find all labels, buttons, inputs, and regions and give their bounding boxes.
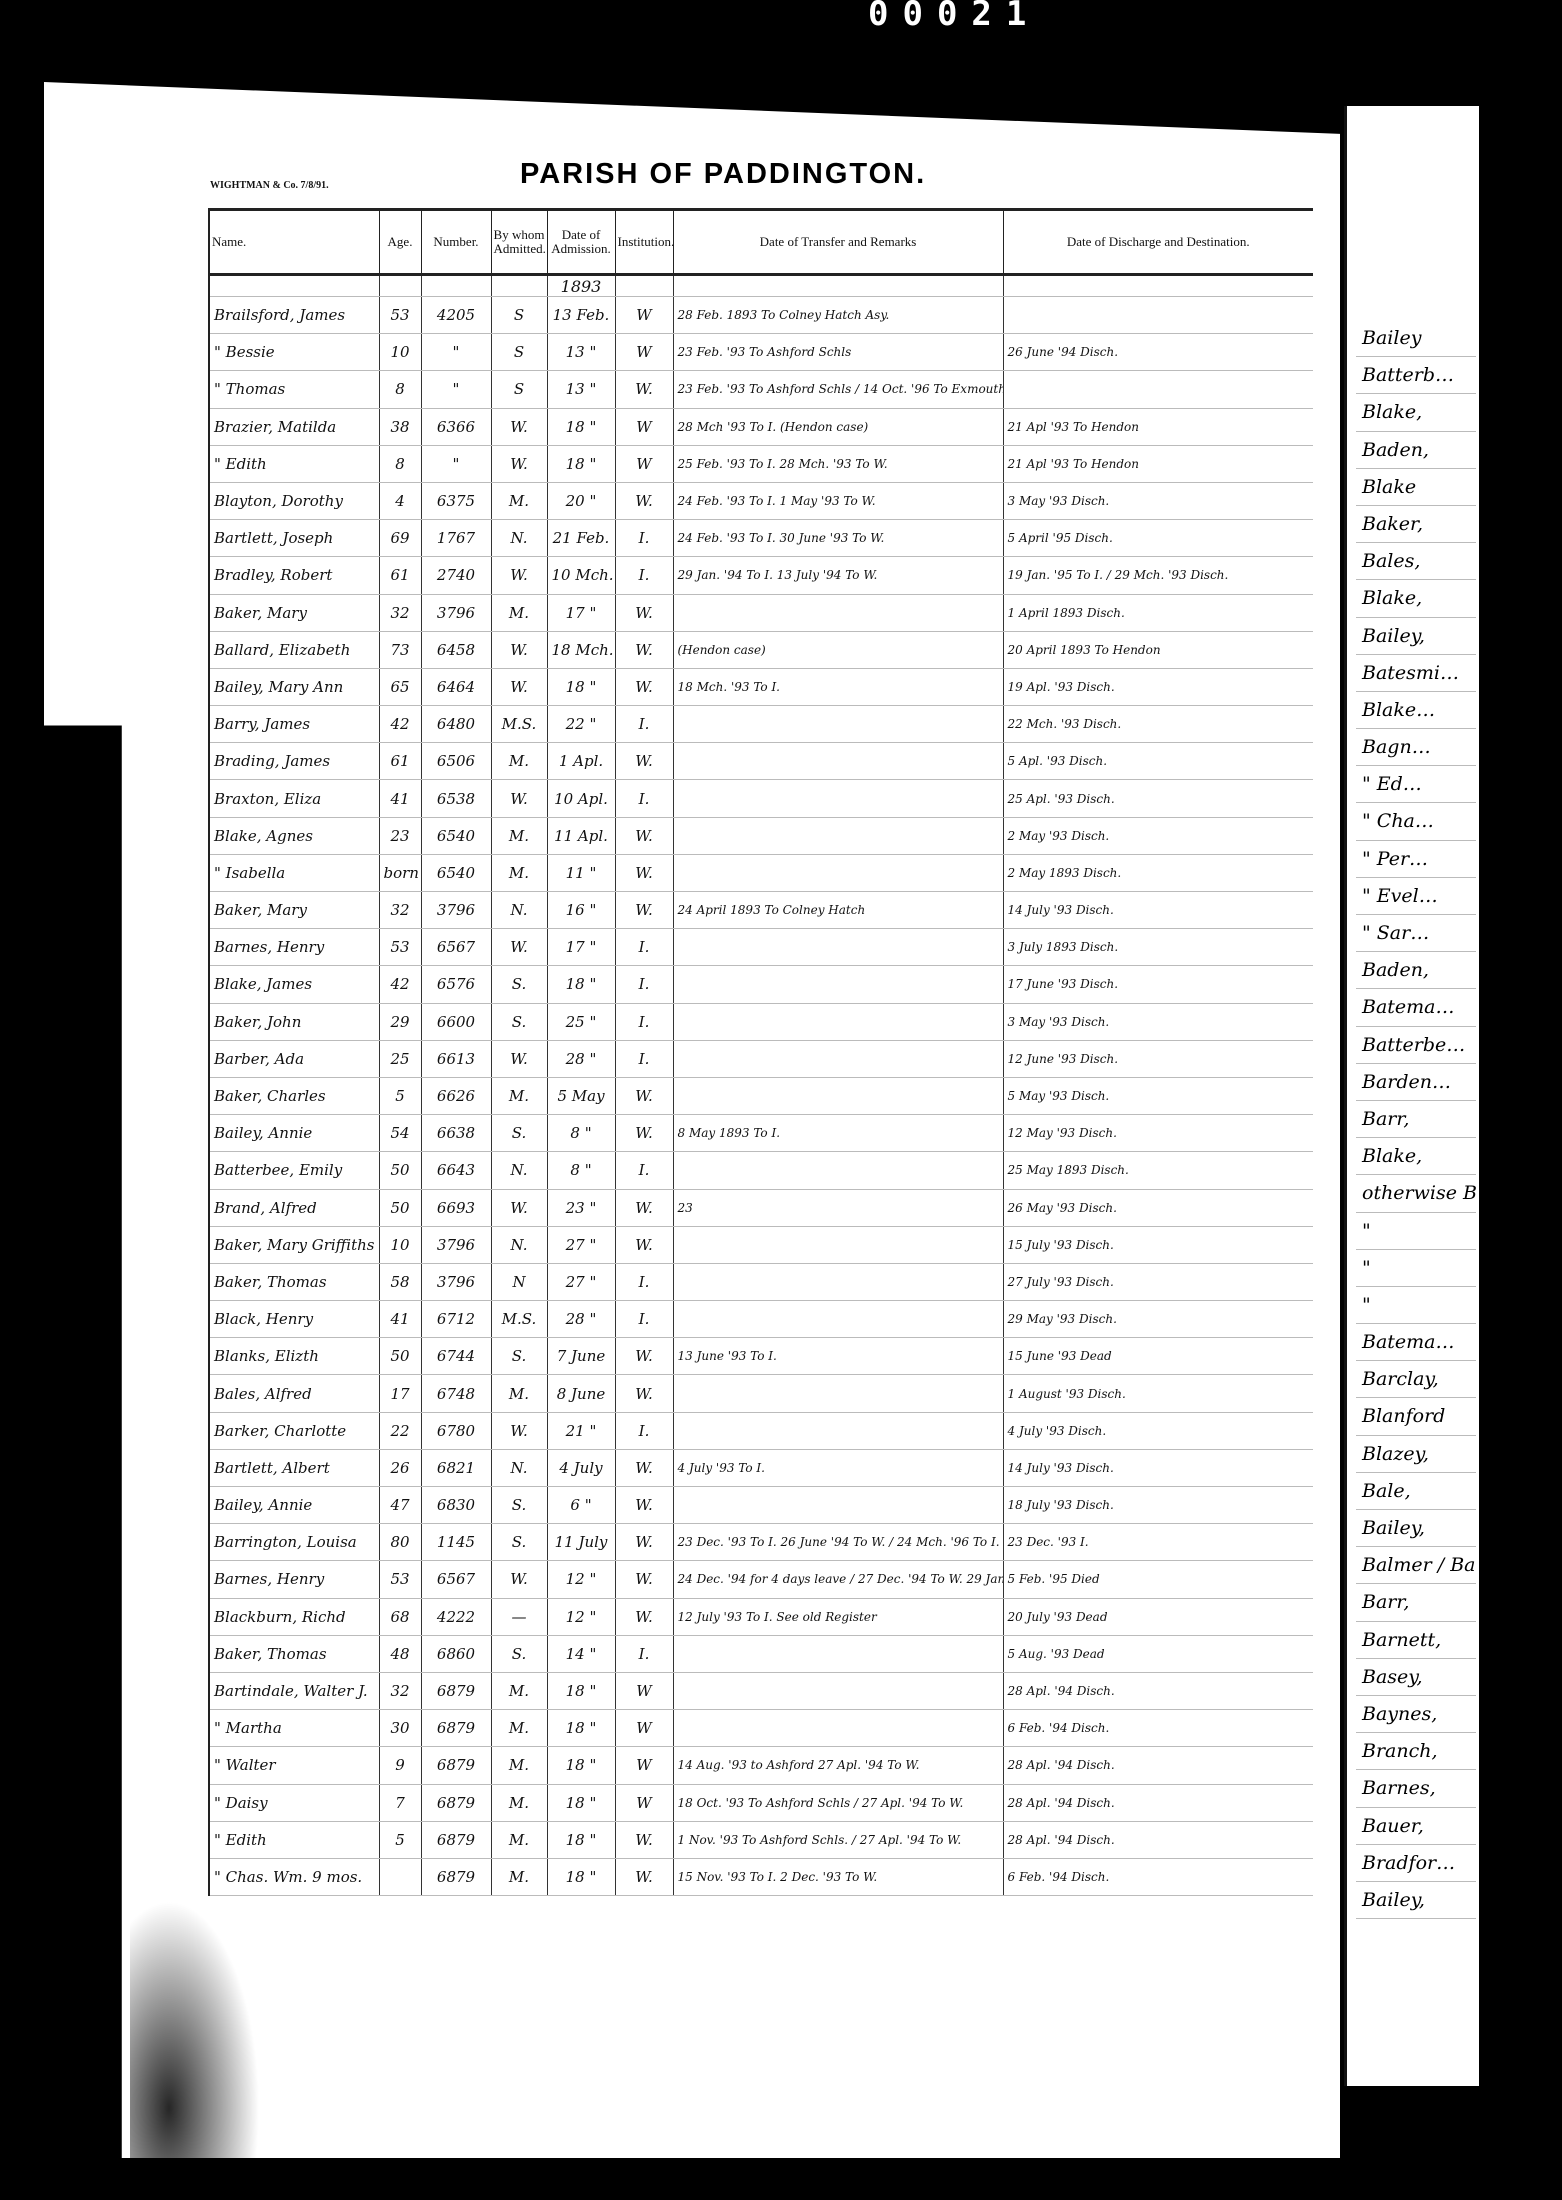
transfer-remarks-cell: [673, 1263, 1003, 1300]
institution-cell: W.: [615, 1487, 673, 1524]
transfer-remarks-cell: 23: [673, 1189, 1003, 1226]
adjacent-page-name: ": [1356, 1250, 1476, 1287]
number-cell: 6540: [421, 854, 491, 891]
table-row: " Martha306879M.18 "W6 Feb. '94 Disch.: [209, 1710, 1313, 1747]
year-label: 1893: [547, 275, 615, 297]
discharge-cell: 17 June '93 Disch.: [1003, 966, 1313, 1003]
name-cell: " Chas. Wm. 9 mos.: [209, 1858, 379, 1895]
name-cell: Barrington, Louisa: [209, 1524, 379, 1561]
name-cell: Baker, Charles: [209, 1077, 379, 1114]
institution-cell: I.: [615, 706, 673, 743]
institution-cell: I.: [615, 929, 673, 966]
transfer-remarks-cell: [673, 1301, 1003, 1338]
admitted-by-cell: S: [491, 297, 547, 334]
discharge-cell: 5 May '93 Disch.: [1003, 1077, 1313, 1114]
discharge-cell: 5 Feb. '95 Died: [1003, 1561, 1313, 1598]
discharge-cell: 2 May 1893 Disch.: [1003, 854, 1313, 891]
admission-date-cell: 5 May: [547, 1077, 615, 1114]
institution-cell: W.: [615, 817, 673, 854]
name-cell: Brazier, Matilda: [209, 408, 379, 445]
transfer-remarks-cell: 1 Nov. '93 To Ashford Schls. / 27 Apl. '…: [673, 1821, 1003, 1858]
transfer-remarks-cell: [673, 1003, 1003, 1040]
adjacent-page-name: Blake: [1356, 469, 1476, 506]
adjacent-page-name: Bauer,: [1356, 1808, 1476, 1845]
discharge-cell: 21 Apl '93 To Hendon: [1003, 445, 1313, 482]
number-cell: 6626: [421, 1077, 491, 1114]
table-row: Bailey, Annie476830S.6 "W.18 July '93 Di…: [209, 1487, 1313, 1524]
admission-date-cell: 27 ": [547, 1226, 615, 1263]
number-cell: 6366: [421, 408, 491, 445]
adjacent-page-name: Barclay,: [1356, 1361, 1476, 1398]
admitted-by-cell: W.: [491, 929, 547, 966]
transfer-remarks-cell: [673, 1375, 1003, 1412]
admitted-by-cell: W.: [491, 557, 547, 594]
admitted-by-cell: M.: [491, 594, 547, 631]
number-cell: 6879: [421, 1672, 491, 1709]
institution-cell: W: [615, 408, 673, 445]
microfilm-frame-number: 00021: [868, 0, 1040, 34]
discharge-cell: 12 May '93 Disch.: [1003, 1115, 1313, 1152]
admission-date-cell: 22 ": [547, 706, 615, 743]
admitted-by-cell: M.: [491, 1784, 547, 1821]
discharge-cell: 22 Mch. '93 Disch.: [1003, 706, 1313, 743]
admitted-by-cell: S.: [491, 1487, 547, 1524]
institution-cell: W.: [615, 743, 673, 780]
adjacent-page-name: Blazey,: [1356, 1436, 1476, 1473]
discharge-cell: 5 April '95 Disch.: [1003, 520, 1313, 557]
admission-register-table: Name. Age. Number. By whom Admitted. Dat…: [208, 208, 1313, 1896]
number-cell: 4222: [421, 1598, 491, 1635]
transfer-remarks-cell: 24 Feb. '93 To I. 30 June '93 To W.: [673, 520, 1003, 557]
age-cell: 5: [379, 1821, 421, 1858]
admitted-by-cell: M.S.: [491, 1301, 547, 1338]
table-row: Brailsford, James534205S13 Feb.W28 Feb. …: [209, 297, 1313, 334]
admission-date-cell: 13 Feb.: [547, 297, 615, 334]
name-cell: " Walter: [209, 1747, 379, 1784]
transfer-remarks-cell: [673, 1077, 1003, 1114]
transfer-remarks-cell: [673, 1412, 1003, 1449]
number-cell: 6744: [421, 1338, 491, 1375]
name-cell: Baker, John: [209, 1003, 379, 1040]
table-row: " Thomas8"S13 "W.23 Feb. '93 To Ashford …: [209, 371, 1313, 408]
name-cell: Brading, James: [209, 743, 379, 780]
table-row: Baker, Charles56626M.5 MayW.5 May '93 Di…: [209, 1077, 1313, 1114]
admission-date-cell: 13 ": [547, 371, 615, 408]
table-row: Blayton, Dorothy46375M.20 "W.24 Feb. '93…: [209, 482, 1313, 519]
table-row: Bartlett, Albert266821N.4 JulyW.4 July '…: [209, 1449, 1313, 1486]
adjacent-page-name: Baden,: [1356, 432, 1476, 469]
discharge-cell: 12 June '93 Disch.: [1003, 1040, 1313, 1077]
table-row: Barry, James426480M.S.22 "I.22 Mch. '93 …: [209, 706, 1313, 743]
adjacent-page-name: Blanford: [1356, 1398, 1476, 1435]
age-cell: 26: [379, 1449, 421, 1486]
admitted-by-cell: M.: [491, 817, 547, 854]
year-row: 1893: [209, 275, 1313, 297]
age-cell: 42: [379, 966, 421, 1003]
age-cell: 30: [379, 1710, 421, 1747]
name-cell: Braxton, Eliza: [209, 780, 379, 817]
age-cell: 69: [379, 520, 421, 557]
number-cell: 3796: [421, 1226, 491, 1263]
name-cell: Blanks, Elizth: [209, 1338, 379, 1375]
institution-cell: I.: [615, 1152, 673, 1189]
table-row: Blake, James426576S.18 "I.17 June '93 Di…: [209, 966, 1313, 1003]
admitted-by-cell: N.: [491, 892, 547, 929]
adjacent-page-name: Bailey,: [1356, 618, 1476, 655]
admission-date-cell: 18 ": [547, 1821, 615, 1858]
discharge-cell: 6 Feb. '94 Disch.: [1003, 1710, 1313, 1747]
number-cell: 6643: [421, 1152, 491, 1189]
adjacent-page-name: Barr,: [1356, 1101, 1476, 1138]
printer-mark: WIGHTMAN & Co. 7/8/91.: [210, 180, 329, 191]
age-cell: 4: [379, 482, 421, 519]
number-cell: 6567: [421, 929, 491, 966]
admitted-by-cell: N.: [491, 520, 547, 557]
admission-date-cell: 17 ": [547, 929, 615, 966]
admitted-by-cell: W.: [491, 1189, 547, 1226]
transfer-remarks-cell: [673, 780, 1003, 817]
adjacent-page-name: Batema…: [1356, 989, 1476, 1026]
discharge-cell: 14 July '93 Disch.: [1003, 1449, 1313, 1486]
name-cell: " Isabella: [209, 854, 379, 891]
admitted-by-cell: W.: [491, 1561, 547, 1598]
admission-date-cell: 4 July: [547, 1449, 615, 1486]
institution-cell: W.: [615, 1375, 673, 1412]
admission-date-cell: 18 ": [547, 408, 615, 445]
discharge-cell: 6 Feb. '94 Disch.: [1003, 1858, 1313, 1895]
institution-cell: W.: [615, 668, 673, 705]
number-cell: 1145: [421, 1524, 491, 1561]
institution-cell: W: [615, 1710, 673, 1747]
name-cell: Bartlett, Joseph: [209, 520, 379, 557]
admitted-by-cell: M.: [491, 1858, 547, 1895]
institution-cell: I.: [615, 1412, 673, 1449]
admitted-by-cell: N.: [491, 1449, 547, 1486]
number-cell: 6879: [421, 1821, 491, 1858]
name-cell: Bailey, Annie: [209, 1115, 379, 1152]
adjacent-page-name: Bailey,: [1356, 1510, 1476, 1547]
name-cell: Baker, Thomas: [209, 1263, 379, 1300]
name-cell: Blayton, Dorothy: [209, 482, 379, 519]
transfer-remarks-cell: [673, 1226, 1003, 1263]
age-cell: 80: [379, 1524, 421, 1561]
admitted-by-cell: M.: [491, 1710, 547, 1747]
transfer-remarks-cell: [673, 817, 1003, 854]
admission-date-cell: 13 ": [547, 334, 615, 371]
transfer-remarks-cell: 18 Oct. '93 To Ashford Schls / 27 Apl. '…: [673, 1784, 1003, 1821]
name-cell: Bradley, Robert: [209, 557, 379, 594]
adjacent-page-name: otherwise Blanfo…: [1356, 1175, 1476, 1212]
admitted-by-cell: W.: [491, 1412, 547, 1449]
transfer-remarks-cell: 29 Jan. '94 To I. 13 July '94 To W.: [673, 557, 1003, 594]
age-cell: 47: [379, 1487, 421, 1524]
table-row: Brazier, Matilda386366W.18 "W28 Mch '93 …: [209, 408, 1313, 445]
admission-date-cell: 18 ": [547, 966, 615, 1003]
adjacent-page-name: Blake…: [1356, 692, 1476, 729]
table-row: Baker, Mary323796M.17 "W.1 April 1893 Di…: [209, 594, 1313, 631]
transfer-remarks-cell: (Hendon case): [673, 631, 1003, 668]
admitted-by-cell: W.: [491, 780, 547, 817]
discharge-cell: 2 May '93 Disch.: [1003, 817, 1313, 854]
number-cell: 6458: [421, 631, 491, 668]
admitted-by-cell: M.S.: [491, 706, 547, 743]
age-cell: 10: [379, 1226, 421, 1263]
table-row: Barker, Charlotte226780W.21 "I.4 July '9…: [209, 1412, 1313, 1449]
age-cell: 61: [379, 743, 421, 780]
admission-date-cell: 18 ": [547, 668, 615, 705]
admitted-by-cell: W.: [491, 445, 547, 482]
name-cell: Barber, Ada: [209, 1040, 379, 1077]
adjacent-page-name: " Ed…: [1356, 766, 1476, 803]
col-age: Age.: [379, 210, 421, 275]
discharge-cell: 28 Apl. '94 Disch.: [1003, 1672, 1313, 1709]
transfer-remarks-cell: [673, 1152, 1003, 1189]
institution-cell: I.: [615, 1040, 673, 1077]
institution-cell: W.: [615, 1449, 673, 1486]
age-cell: 50: [379, 1338, 421, 1375]
number-cell: 6576: [421, 966, 491, 1003]
adjacent-page-name: Bailey: [1356, 320, 1476, 357]
institution-cell: I.: [615, 520, 673, 557]
col-name: Name.: [209, 210, 379, 275]
adjacent-page-name: " Sar…: [1356, 915, 1476, 952]
name-cell: Barnes, Henry: [209, 929, 379, 966]
admitted-by-cell: M.: [491, 1375, 547, 1412]
age-cell: 32: [379, 1672, 421, 1709]
adjacent-page-name: Barr,: [1356, 1584, 1476, 1621]
table-row: Brading, James616506M.1 Apl.W.5 Apl. '93…: [209, 743, 1313, 780]
number-cell: 6480: [421, 706, 491, 743]
admission-date-cell: 18 ": [547, 1858, 615, 1895]
admission-date-cell: 28 ": [547, 1040, 615, 1077]
number-cell: 6538: [421, 780, 491, 817]
transfer-remarks-cell: 8 May 1893 To I.: [673, 1115, 1003, 1152]
age-cell: 50: [379, 1152, 421, 1189]
transfer-remarks-cell: 12 July '93 To I. See old Register: [673, 1598, 1003, 1635]
institution-cell: W: [615, 297, 673, 334]
admission-date-cell: 10 Apl.: [547, 780, 615, 817]
number-cell: 6748: [421, 1375, 491, 1412]
adjacent-page-name: Barnett,: [1356, 1622, 1476, 1659]
discharge-cell: 19 Jan. '95 To I. / 29 Mch. '93 Disch.: [1003, 557, 1313, 594]
admitted-by-cell: W.: [491, 408, 547, 445]
discharge-cell: 23 Dec. '93 I.: [1003, 1524, 1313, 1561]
discharge-cell: 26 May '93 Disch.: [1003, 1189, 1313, 1226]
admission-date-cell: 16 ": [547, 892, 615, 929]
transfer-remarks-cell: 18 Mch. '93 To I.: [673, 668, 1003, 705]
admitted-by-cell: S.: [491, 966, 547, 1003]
admission-date-cell: 1 Apl.: [547, 743, 615, 780]
institution-cell: I.: [615, 1263, 673, 1300]
adjacent-page-name: Batterbe…: [1356, 1027, 1476, 1064]
number-cell: 6600: [421, 1003, 491, 1040]
admitted-by-cell: M.: [491, 854, 547, 891]
name-cell: Blake, Agnes: [209, 817, 379, 854]
age-cell: 68: [379, 1598, 421, 1635]
table-row: Brand, Alfred506693W.23 "W.2326 May '93 …: [209, 1189, 1313, 1226]
age-cell: 41: [379, 1301, 421, 1338]
transfer-remarks-cell: [673, 706, 1003, 743]
number-cell: 1767: [421, 520, 491, 557]
table-row: " Edith8"W.18 "W25 Feb. '93 To I. 28 Mch…: [209, 445, 1313, 482]
age-cell: 53: [379, 297, 421, 334]
number-cell: 6693: [421, 1189, 491, 1226]
admission-date-cell: 28 ": [547, 1301, 615, 1338]
discharge-cell: [1003, 297, 1313, 334]
institution-cell: W.: [615, 1338, 673, 1375]
transfer-remarks-cell: 25 Feb. '93 To I. 28 Mch. '93 To W.: [673, 445, 1003, 482]
name-cell: Baker, Mary: [209, 892, 379, 929]
admitted-by-cell: W.: [491, 668, 547, 705]
age-cell: 58: [379, 1263, 421, 1300]
transfer-remarks-cell: 4 July '93 To I.: [673, 1449, 1003, 1486]
table-row: " Daisy76879M.18 "W18 Oct. '93 To Ashfor…: [209, 1784, 1313, 1821]
table-row: Bales, Alfred176748M.8 JuneW.1 August '9…: [209, 1375, 1313, 1412]
admission-date-cell: 8 June: [547, 1375, 615, 1412]
admission-date-cell: 21 Feb.: [547, 520, 615, 557]
number-cell: ": [421, 445, 491, 482]
table-row: Black, Henry416712M.S.28 "I.29 May '93 D…: [209, 1301, 1313, 1338]
institution-cell: W: [615, 445, 673, 482]
table-row: " Walter96879M.18 "W14 Aug. '93 to Ashfo…: [209, 1747, 1313, 1784]
admission-date-cell: 12 ": [547, 1561, 615, 1598]
transfer-remarks-cell: [673, 1635, 1003, 1672]
discharge-cell: 1 August '93 Disch.: [1003, 1375, 1313, 1412]
discharge-cell: 28 Apl. '94 Disch.: [1003, 1821, 1313, 1858]
institution-cell: W.: [615, 1524, 673, 1561]
ink-smudge: [130, 1900, 260, 2160]
institution-cell: W.: [615, 892, 673, 929]
table-row: Blackburn, Richd684222—12 "W.12 July '93…: [209, 1598, 1313, 1635]
number-cell: 6567: [421, 1561, 491, 1598]
age-cell: 41: [379, 780, 421, 817]
admission-date-cell: 18 ": [547, 1747, 615, 1784]
table-row: Barrington, Louisa801145S.11 JulyW.23 De…: [209, 1524, 1313, 1561]
table-row: " Isabellaborn6540M.11 "W.2 May 1893 Dis…: [209, 854, 1313, 891]
discharge-cell: 1 April 1893 Disch.: [1003, 594, 1313, 631]
age-cell: 17: [379, 1375, 421, 1412]
name-cell: Barker, Charlotte: [209, 1412, 379, 1449]
number-cell: 6712: [421, 1301, 491, 1338]
age-cell: 50: [379, 1189, 421, 1226]
institution-cell: W: [615, 334, 673, 371]
age-cell: 8: [379, 371, 421, 408]
discharge-cell: 5 Apl. '93 Disch.: [1003, 743, 1313, 780]
discharge-cell: 25 May 1893 Disch.: [1003, 1152, 1313, 1189]
admission-date-cell: 18 ": [547, 445, 615, 482]
admitted-by-cell: S.: [491, 1635, 547, 1672]
col-admission-date: Date of Admission.: [547, 210, 615, 275]
admission-date-cell: 18 Mch.: [547, 631, 615, 668]
table-row: Bartindale, Walter J.326879M.18 "W28 Apl…: [209, 1672, 1313, 1709]
discharge-cell: 28 Apl. '94 Disch.: [1003, 1747, 1313, 1784]
discharge-cell: 15 July '93 Disch.: [1003, 1226, 1313, 1263]
page-title: PARISH OF PADDINGTON.: [520, 158, 926, 191]
admitted-by-cell: N.: [491, 1226, 547, 1263]
table-row: Barber, Ada256613W.28 "I.12 June '93 Dis…: [209, 1040, 1313, 1077]
institution-cell: I.: [615, 557, 673, 594]
table-row: " Chas. Wm. 9 mos.6879M.18 "W.15 Nov. '9…: [209, 1858, 1313, 1895]
institution-cell: W: [615, 1784, 673, 1821]
number-cell: 6506: [421, 743, 491, 780]
table-row: Braxton, Eliza416538W.10 Apl.I.25 Apl. '…: [209, 780, 1313, 817]
admitted-by-cell: S: [491, 334, 547, 371]
admitted-by-cell: N.: [491, 1152, 547, 1189]
col-admitted-by: By whom Admitted.: [491, 210, 547, 275]
name-cell: " Bessie: [209, 334, 379, 371]
admission-date-cell: 18 ": [547, 1784, 615, 1821]
institution-cell: I.: [615, 966, 673, 1003]
age-cell: 73: [379, 631, 421, 668]
admission-date-cell: 8 ": [547, 1152, 615, 1189]
admission-date-cell: 20 ": [547, 482, 615, 519]
discharge-cell: [1003, 371, 1313, 408]
adjacent-page-name: Branch,: [1356, 1733, 1476, 1770]
discharge-cell: 26 June '94 Disch.: [1003, 334, 1313, 371]
table-row: Baker, Mary Griffiths103796N.27 "W.15 Ju…: [209, 1226, 1313, 1263]
adjacent-page-name: Batema…: [1356, 1324, 1476, 1361]
admission-date-cell: 17 ": [547, 594, 615, 631]
admission-date-cell: 11 ": [547, 854, 615, 891]
table-row: Baker, Mary323796N.16 "W.24 April 1893 T…: [209, 892, 1313, 929]
institution-cell: W: [615, 1747, 673, 1784]
age-cell: 32: [379, 892, 421, 929]
name-cell: Bales, Alfred: [209, 1375, 379, 1412]
adjacent-page-name: Batterb…: [1356, 357, 1476, 394]
admitted-by-cell: N: [491, 1263, 547, 1300]
transfer-remarks-cell: 23 Feb. '93 To Ashford Schls: [673, 334, 1003, 371]
table-row: " Edith56879M.18 "W.1 Nov. '93 To Ashfor…: [209, 1821, 1313, 1858]
institution-cell: W: [615, 1672, 673, 1709]
institution-cell: W.: [615, 482, 673, 519]
age-cell: 48: [379, 1635, 421, 1672]
table-row: Ballard, Elizabeth736458W.18 Mch.W.(Hend…: [209, 631, 1313, 668]
table-row: Blanks, Elizth506744S.7 JuneW.13 June '9…: [209, 1338, 1313, 1375]
admitted-by-cell: M.: [491, 1077, 547, 1114]
institution-cell: W.: [615, 631, 673, 668]
transfer-remarks-cell: 13 June '93 To I.: [673, 1338, 1003, 1375]
transfer-remarks-cell: [673, 594, 1003, 631]
column-headers: Name. Age. Number. By whom Admitted. Dat…: [209, 210, 1313, 275]
age-cell: 25: [379, 1040, 421, 1077]
table-row: Bailey, Mary Ann656464W.18 "W.18 Mch. '9…: [209, 668, 1313, 705]
discharge-cell: 14 July '93 Disch.: [1003, 892, 1313, 929]
adjacent-page-name: Bagn…: [1356, 729, 1476, 766]
number-cell: 6860: [421, 1635, 491, 1672]
table-row: Bradley, Robert612740W.10 Mch.I.29 Jan. …: [209, 557, 1313, 594]
table-row: Batterbee, Emily506643N.8 "I.25 May 1893…: [209, 1152, 1313, 1189]
admitted-by-cell: M.: [491, 1672, 547, 1709]
admission-date-cell: 10 Mch.: [547, 557, 615, 594]
admitted-by-cell: S.: [491, 1338, 547, 1375]
age-cell: 9: [379, 1747, 421, 1784]
col-transfer-remarks: Date of Transfer and Remarks: [673, 210, 1003, 275]
admission-date-cell: 18 ": [547, 1710, 615, 1747]
admitted-by-cell: S: [491, 371, 547, 408]
name-cell: Barry, James: [209, 706, 379, 743]
table-row: Baker, Thomas486860S.14 "I.5 Aug. '93 De…: [209, 1635, 1313, 1672]
adjacent-page-name: Balmer / Bateman: [1356, 1547, 1476, 1584]
admission-date-cell: 21 ": [547, 1412, 615, 1449]
age-cell: born: [379, 854, 421, 891]
age-cell: 22: [379, 1412, 421, 1449]
name-cell: " Edith: [209, 1821, 379, 1858]
transfer-remarks-cell: 14 Aug. '93 to Ashford 27 Apl. '94 To W.: [673, 1747, 1003, 1784]
adjacent-page-name: ": [1356, 1287, 1476, 1324]
institution-cell: W.: [615, 1189, 673, 1226]
name-cell: Blackburn, Richd: [209, 1598, 379, 1635]
number-cell: 6464: [421, 668, 491, 705]
